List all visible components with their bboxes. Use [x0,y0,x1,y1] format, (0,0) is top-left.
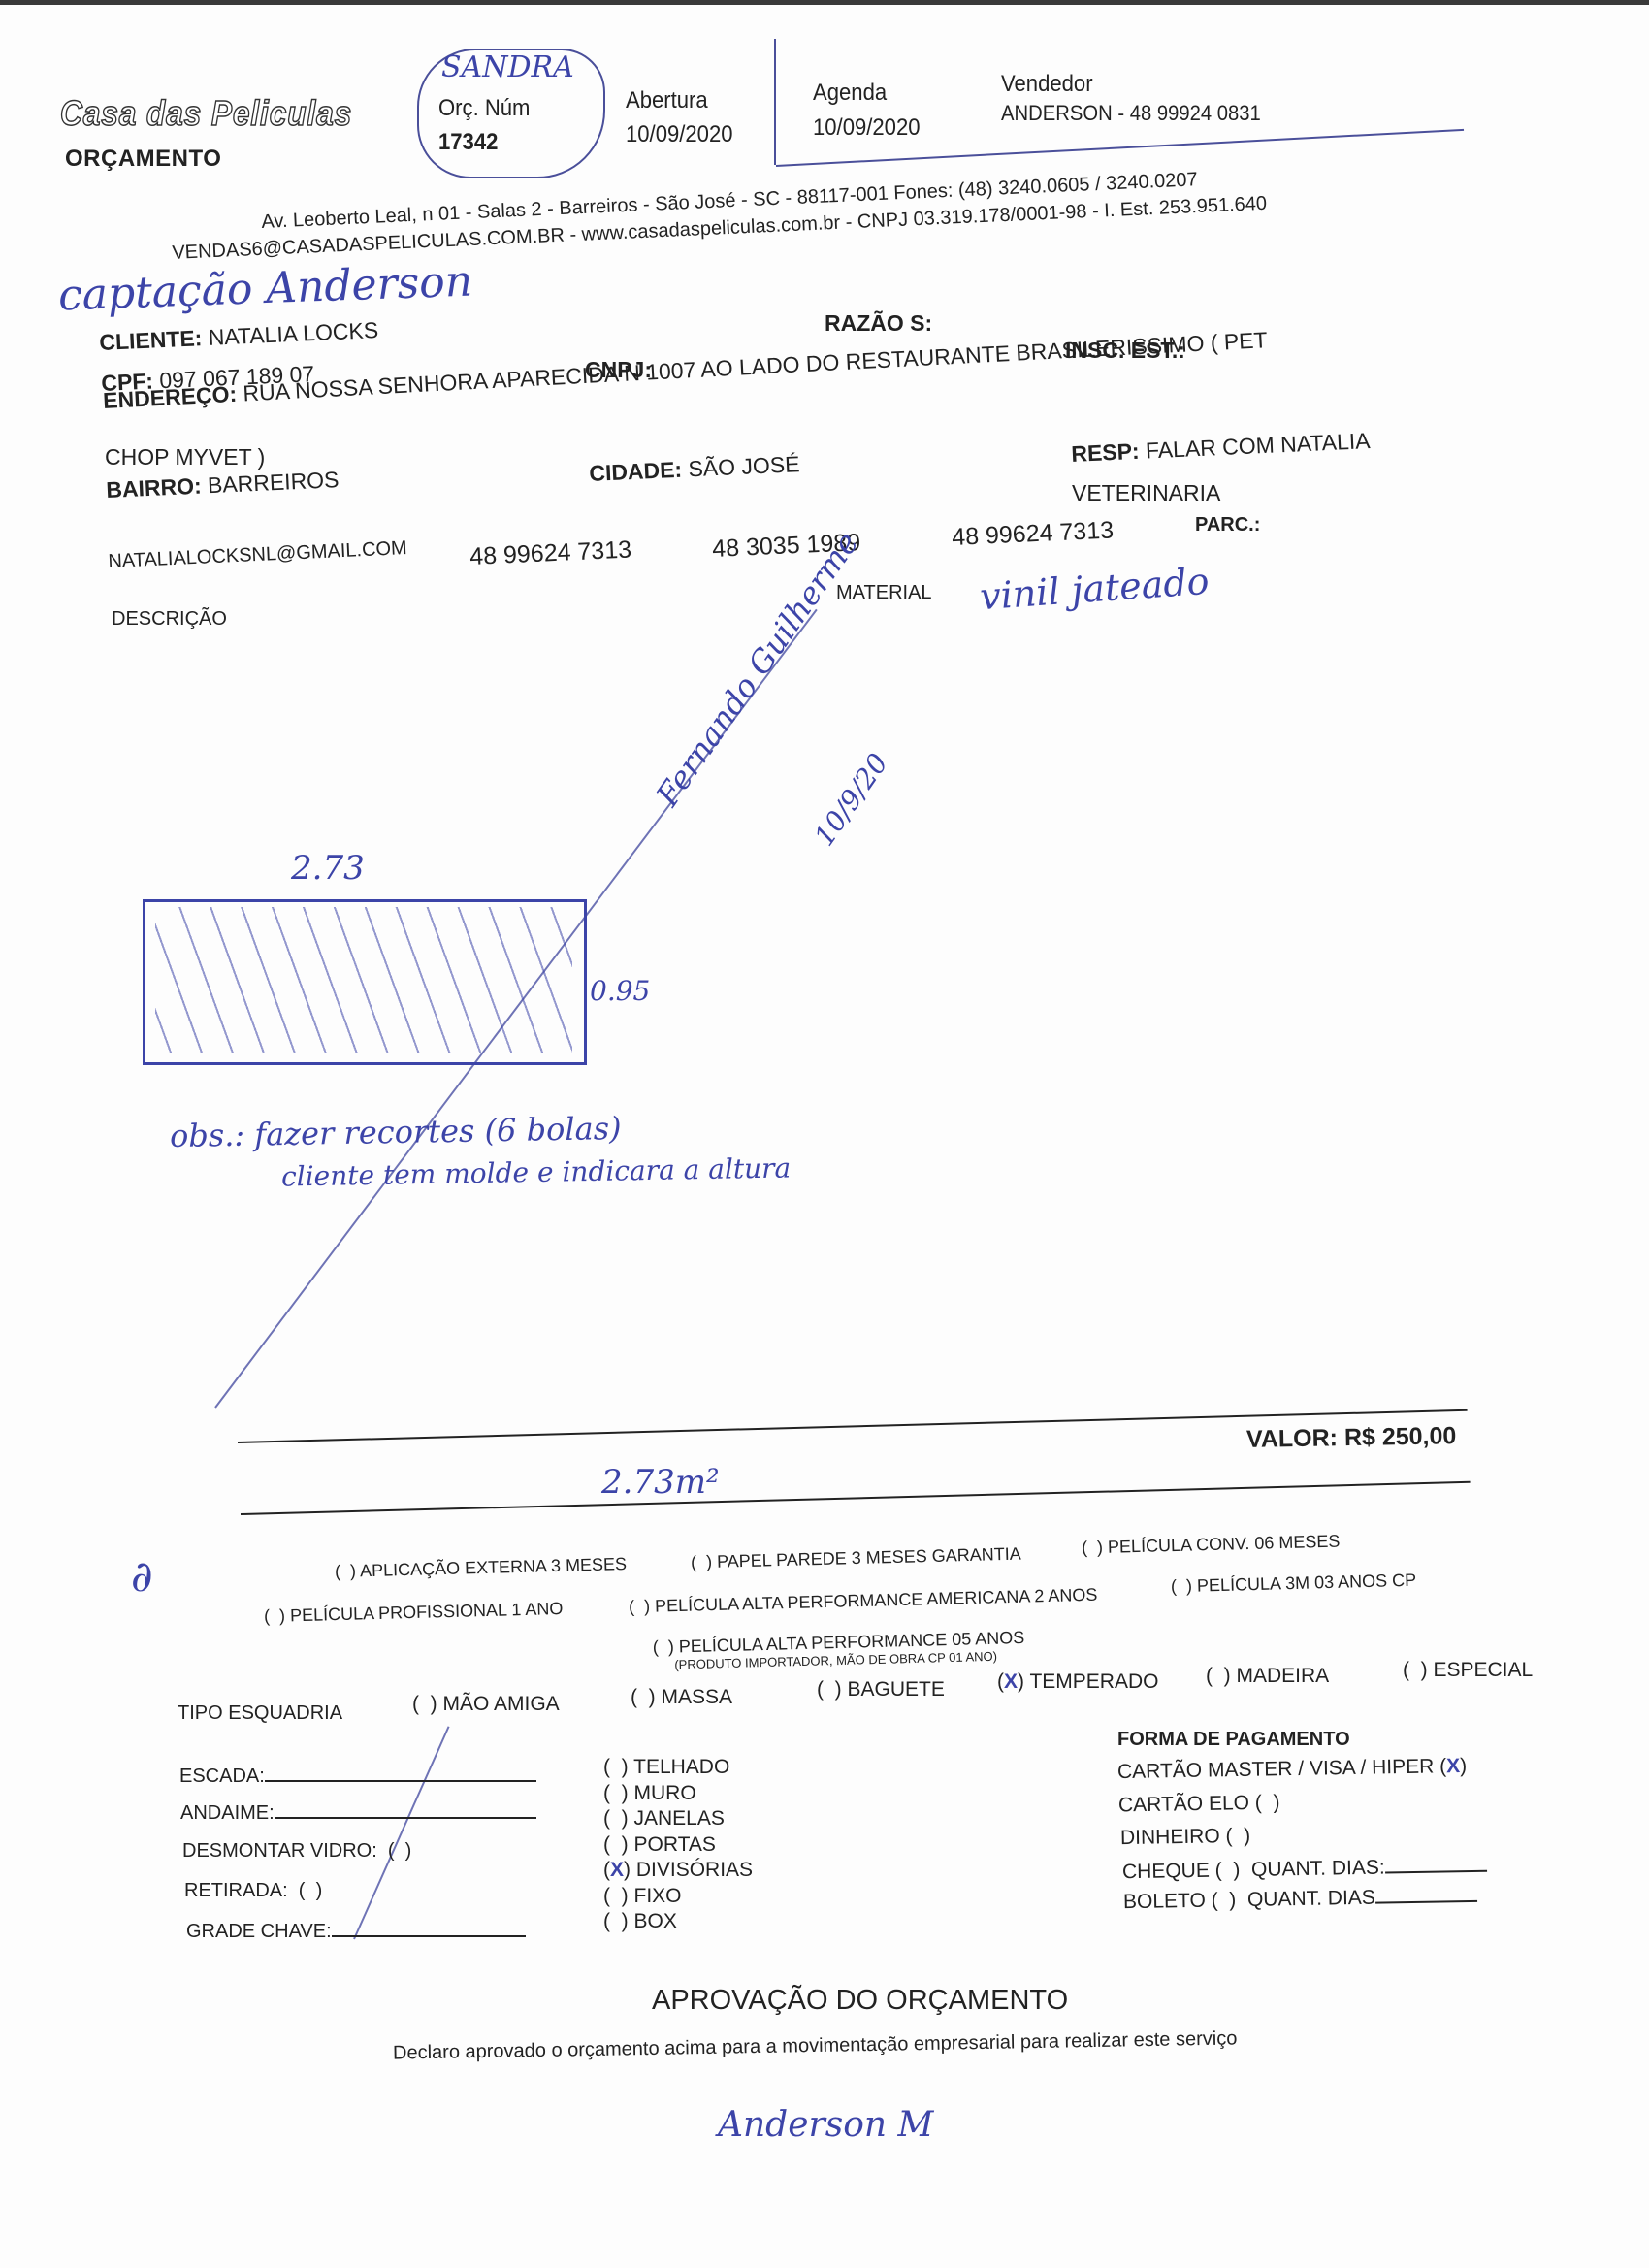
orc-number-label: Orç. Núm [438,95,530,122]
warranty-option[interactable]: ( ) PELÍCULA ALTA PERFORMANCE AMERICANA … [629,1585,1098,1618]
quant-dias-label: QUANT. DIAS: [1251,1857,1385,1881]
esquadria-option[interactable]: ( ) MADEIRA [1206,1665,1329,1688]
checkbox-empty[interactable]: ( ) [603,1782,629,1804]
obs-line-2: cliente tem molde e indicara a altura [281,1151,792,1192]
payment-option[interactable]: CARTÃO MASTER / VISA / HIPER (X) [1117,1755,1468,1784]
abertura-date: 10/09/2020 [626,121,733,148]
grade-chave-field: GRADE CHAVE: [186,1921,526,1943]
obs-line-1: obs.: fazer recortes (6 bolas) [170,1110,622,1154]
checkbox-empty[interactable]: ( ) [691,1552,713,1572]
checkbox-empty[interactable]: ( ) [1225,1825,1250,1847]
esquadria-option[interactable]: ( ) BAGUETE [817,1678,945,1701]
divider-bottom [241,1481,1471,1515]
checkbox-empty[interactable]: ( ) [412,1693,437,1715]
local-option[interactable]: ( ) PORTAS [603,1833,716,1857]
option-label: MADEIRA [1231,1665,1330,1687]
approval-signature: Anderson M [718,2105,933,2145]
option-label: PORTAS [629,1833,716,1856]
material-label: MATERIAL [836,582,932,604]
tipo-esquadria-label: TIPO ESQUADRIA [178,1702,342,1725]
handwritten-captacao: captação Anderson [57,257,473,321]
checkbox-checked[interactable]: (X) [1439,1755,1467,1777]
checkbox-empty[interactable]: ( ) [1214,1859,1240,1881]
area-total: 2.73m² [601,1463,720,1502]
abertura-label: Abertura [626,87,708,114]
checkbox-checked[interactable]: (X) [603,1859,630,1881]
checkbox-empty[interactable]: ( ) [629,1597,651,1617]
valor-field: VALOR: R$ 250,00 [1246,1422,1457,1454]
checkbox-empty[interactable]: ( ) [1171,1576,1193,1597]
orc-number: 17342 [438,129,498,156]
approval-title: APROVAÇÃO DO ORÇAMENTO [652,1985,1068,2017]
option-label: BOX [629,1910,677,1932]
option-label: PELÍCULA PROFISSIONAL 1 ANO [285,1599,564,1625]
esquadria-option[interactable]: ( ) ESPECIAL [1403,1659,1533,1682]
option-label: PAPEL PAREDE 3 MESES GARANTIA [712,1544,1021,1571]
handwritten-bracket [774,39,776,165]
material-value: vinil jateado [979,560,1211,618]
signature-name: Fernando Guilherme [649,525,866,813]
checkbox-empty[interactable]: ( ) [817,1678,842,1701]
checkbox-checked[interactable]: (X) [997,1670,1024,1693]
checkbox-empty[interactable]: ( ) [630,1686,656,1708]
checkbox-empty[interactable]: ( ) [603,1910,629,1932]
desmontar-vidro-field: DESMONTAR VIDRO: ( ) [182,1840,411,1863]
endereco-continued: CHOP MYVET ) [105,444,265,470]
option-label: CARTÃO MASTER / VISA / HIPER [1117,1755,1440,1783]
esquadria-option[interactable]: ( ) MASSA [630,1686,732,1709]
parc-field: PARC.: [1195,514,1260,536]
checkbox-empty[interactable]: ( ) [653,1636,675,1657]
payment-option[interactable]: DINHEIRO ( ) [1120,1825,1251,1850]
handwritten-check-mark: ∂ [131,1552,153,1602]
option-label: PELÍCULA 3M 03 ANOS CP [1192,1571,1417,1596]
option-label: BOLETO [1123,1890,1212,1914]
payment-option[interactable]: CHEQUE ( ) QUANT. DIAS: [1122,1855,1487,1885]
option-label: JANELAS [629,1807,725,1830]
option-label: MÃO AMIGA [437,1693,560,1715]
payment-option[interactable]: CARTÃO ELO ( ) [1118,1792,1280,1818]
approval-statement: Declaro aprovado o orçamento acima para … [393,2027,1238,2064]
option-label: PELÍCULA CONV. 06 MESES [1103,1532,1341,1557]
checkbox-empty[interactable]: ( ) [603,1807,629,1830]
retirada-field: RETIRADA: ( ) [184,1880,322,1902]
checkbox-empty[interactable]: ( ) [1211,1889,1236,1911]
payment-title: FORMA DE PAGAMENTO [1117,1729,1350,1751]
document-type: ORÇAMENTO [65,146,221,173]
cidade-field: CIDADE: SÃO JOSÉ [589,451,800,487]
local-option[interactable]: ( ) MURO [603,1782,696,1805]
option-label: PELÍCULA ALTA PERFORMANCE AMERICANA 2 AN… [650,1585,1098,1616]
warranty-option[interactable]: ( ) APLICAÇÃO EXTERNA 3 MESES [335,1554,628,1582]
brand-logo: Casa das Peliculas [60,93,352,134]
sketch-width: 2.73 [291,849,365,888]
escada-field: ESCADA: [179,1766,536,1788]
local-option[interactable]: (X) DIVISÓRIAS [603,1859,753,1882]
option-label: DIVISÓRIAS [630,1859,753,1881]
checkbox-empty[interactable]: ( ) [1206,1665,1231,1687]
option-label: CARTÃO ELO [1118,1792,1255,1816]
checkbox-empty[interactable]: ( ) [1255,1792,1280,1814]
option-label: APLICAÇÃO EXTERNA 3 MESES [356,1554,628,1580]
option-label: FIXO [629,1885,682,1907]
option-label: MASSA [656,1686,732,1708]
option-label: BAGUETE [842,1678,945,1701]
option-label: MURO [629,1782,696,1804]
option-label: DINHEIRO [1120,1825,1226,1849]
client-email: NATALIALOCKSNL@GMAIL.COM [108,537,407,573]
vendedor-value: ANDERSON - 48 99924 0831 [1001,101,1261,126]
esquadria-option[interactable]: ( ) MÃO AMIGA [412,1693,560,1716]
extras-strike-line [353,1726,449,1939]
payment-option[interactable]: BOLETO ( ) QUANT. DIAS [1123,1885,1477,1914]
signature-date: 10/9/20 [808,748,894,852]
checkbox-empty[interactable]: ( ) [603,1833,629,1856]
option-label: CHEQUE [1122,1860,1215,1884]
option-label: ESPECIAL [1428,1659,1534,1681]
andaime-field: ANDAIME: [180,1802,536,1825]
sketch-height: 0.95 [590,975,650,1007]
warranty-option[interactable]: ( ) PAPEL PAREDE 3 MESES GARANTIA [691,1544,1021,1573]
client-phone-1: 48 99624 7313 [469,535,632,571]
option-label: TELHADO [629,1756,730,1778]
checkbox-empty[interactable]: ( ) [603,1885,629,1907]
esquadria-option[interactable]: (X) TEMPERADO [997,1670,1158,1694]
local-option[interactable]: ( ) JANELAS [603,1807,725,1831]
cliente-field: CLIENTE: NATALIA LOCKS [99,317,379,356]
warranty-option[interactable]: ( ) PELÍCULA CONV. 06 MESES [1082,1532,1341,1559]
checkbox-empty[interactable]: ( ) [264,1605,286,1626]
checkbox-empty[interactable]: ( ) [335,1561,357,1581]
checkbox-empty[interactable]: ( ) [1403,1659,1428,1681]
bairro-field: BAIRRO: BARREIROS [106,467,339,503]
local-option[interactable]: ( ) BOX [603,1910,677,1933]
option-label: TEMPERADO [1024,1670,1158,1693]
checkbox-empty[interactable]: ( ) [1082,1538,1104,1558]
cloud-handwritten-note: SANDRA [441,50,574,84]
local-option[interactable]: ( ) FIXO [603,1885,682,1908]
resp-continued: VETERINARIA [1072,480,1220,506]
resp-field: RESP: FALAR COM NATALIA [1071,428,1371,468]
razao-social-field: RAZÃO S: [824,310,932,337]
agenda-date: 10/09/2020 [813,114,921,142]
quant-dias-label: QUANT. DIAS [1247,1887,1375,1911]
warranty-option[interactable]: ( ) PELÍCULA PROFISSIONAL 1 ANO [264,1599,564,1627]
checkbox-empty[interactable]: ( ) [603,1756,629,1778]
sketch-scribbles [155,907,572,1053]
local-option[interactable]: ( ) TELHADO [603,1756,729,1779]
warranty-option[interactable]: ( ) PELÍCULA ALTA PERFORMANCE 05 ANOS(PR… [653,1628,1025,1672]
descricao-label: DESCRIÇÃO [112,608,227,631]
agenda-label: Agenda [813,80,887,107]
scan-edge [0,0,1649,5]
vendedor-label: Vendedor [1001,71,1093,98]
client-phone-3: 48 99624 7313 [952,516,1115,552]
warranty-option[interactable]: ( ) PELÍCULA 3M 03 ANOS CP [1171,1571,1417,1598]
